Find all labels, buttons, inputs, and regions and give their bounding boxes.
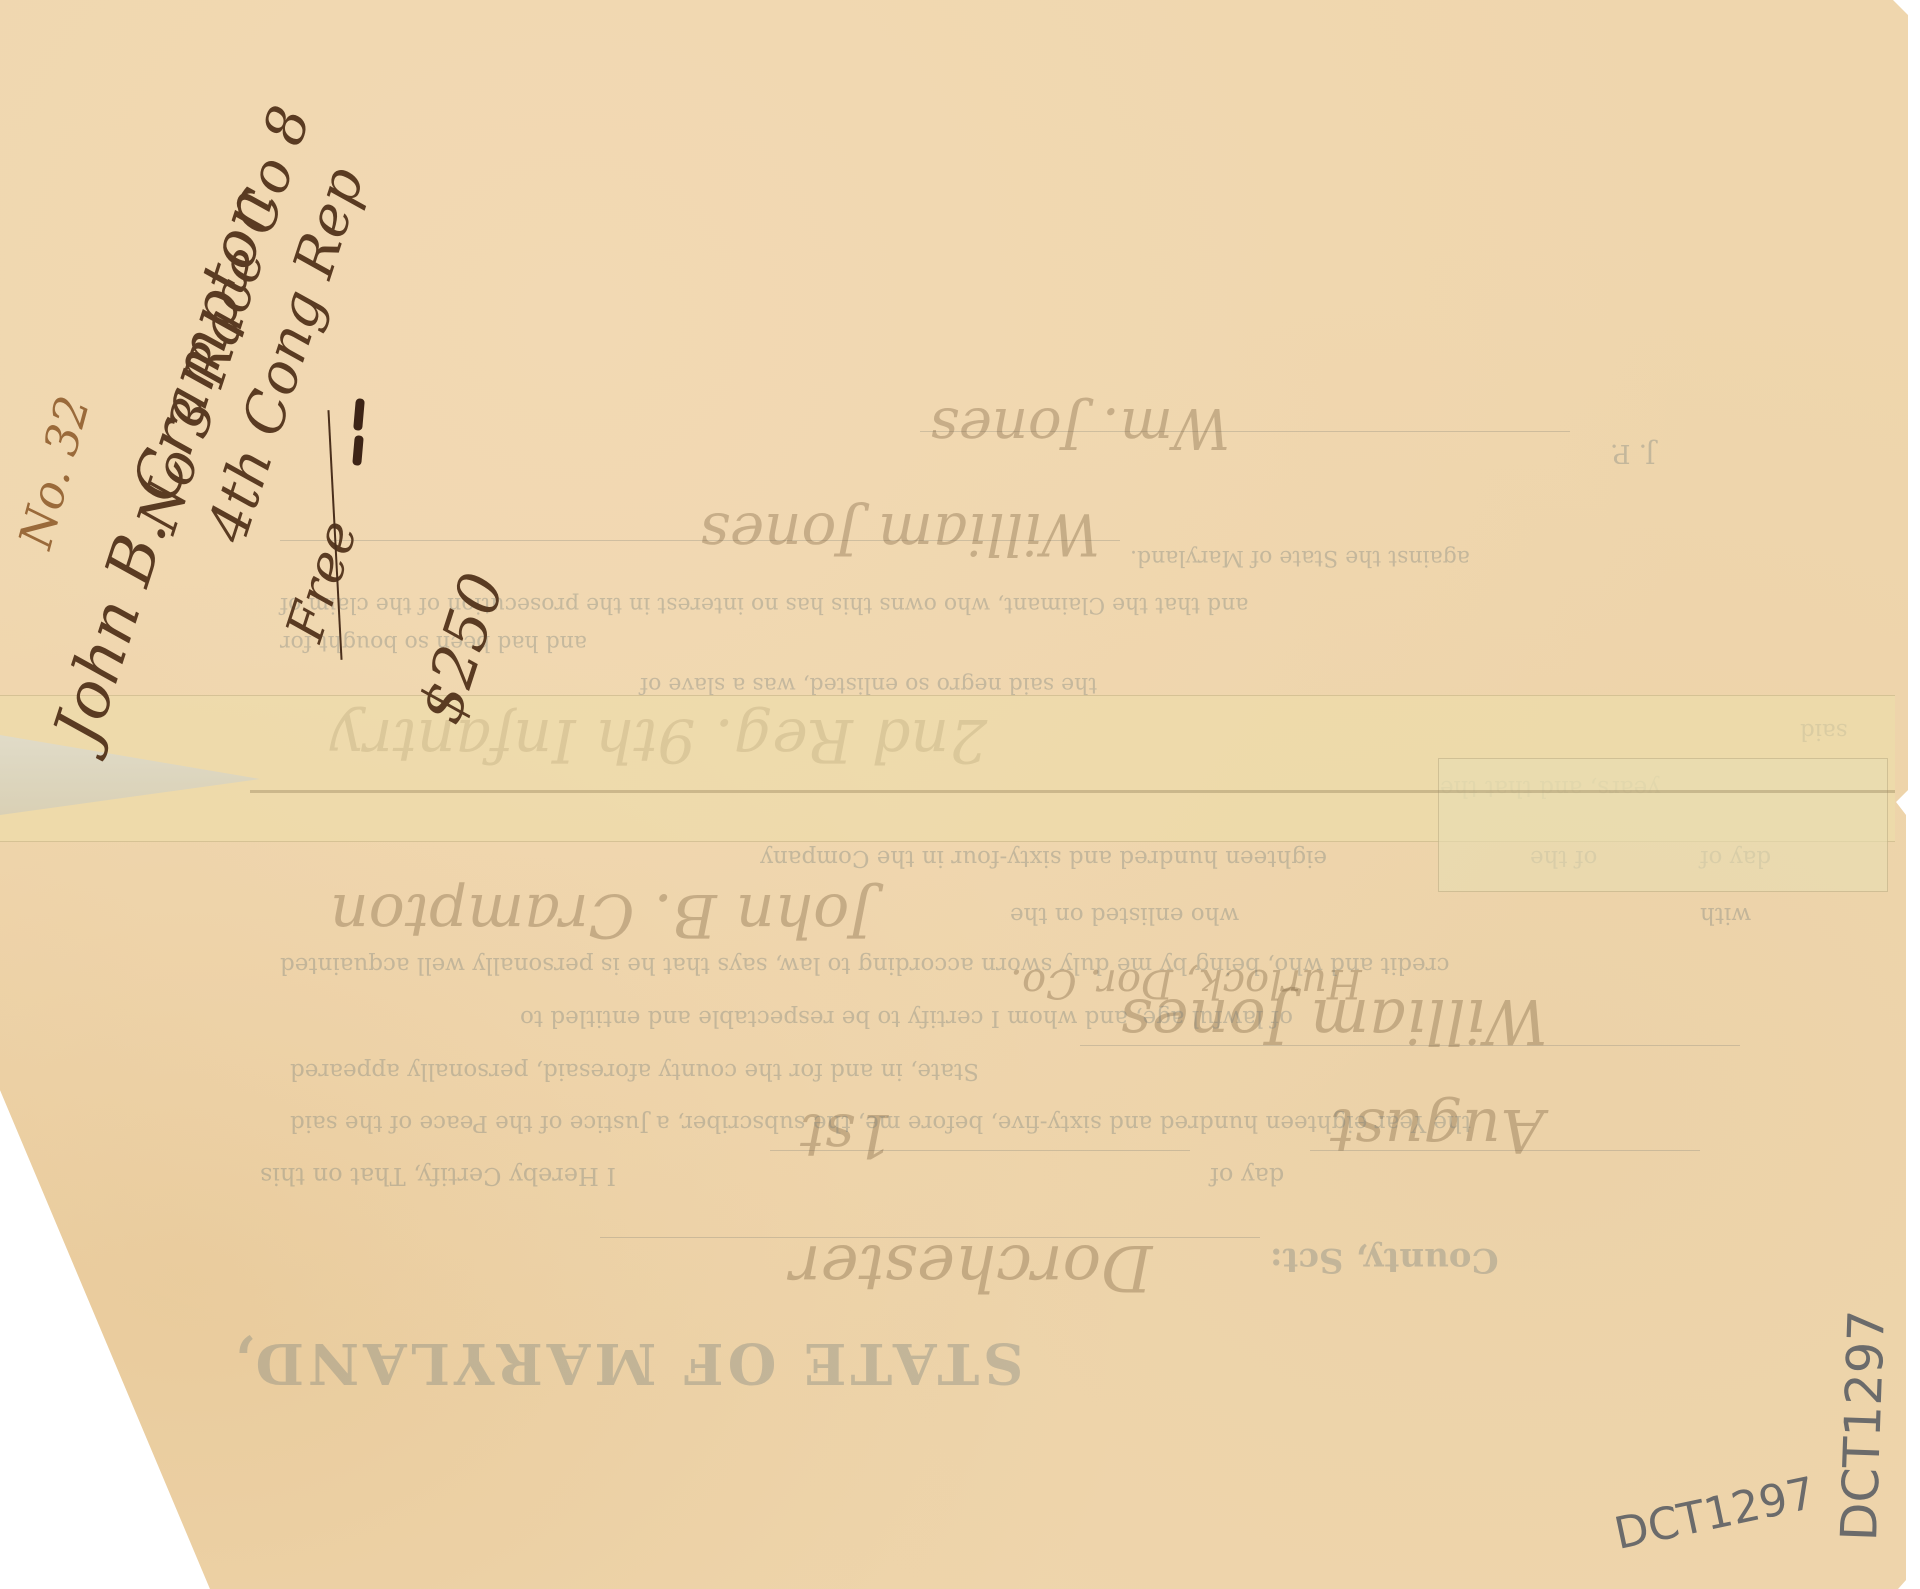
repair-tape-patch <box>1438 758 1888 892</box>
bleed-claimant: William Jones <box>700 500 1100 568</box>
bleed-signature: Wm. Jones <box>930 395 1230 460</box>
bleed-line-7-end: eighteen hundred and sixty-four in the C… <box>760 845 1327 871</box>
bleed-county-label: County, Sct: <box>1270 1240 1499 1280</box>
bleed-day-label: day of <box>1210 1162 1284 1190</box>
fold-crease <box>250 790 1895 793</box>
bleed-line-12: and that the Claimant, who owns this has… <box>280 592 1248 617</box>
bleed-line-5: credit and who, being by me duly sworn a… <box>280 952 1449 978</box>
bleed-line-6: with <box>1700 902 1751 928</box>
bleed-soldier: John B. Crampton <box>330 880 873 950</box>
bleed-line-3: State, in and for the county aforesaid, … <box>290 1058 979 1084</box>
bleed-county-value: Dorchester <box>790 1230 1152 1304</box>
bleed-heading: STATE OF MARYLAND, <box>230 1330 1024 1396</box>
bleed-line-1: I Hereby Certify, That on this <box>260 1162 616 1190</box>
bleed-line-13: against the State of Maryland. <box>1130 545 1470 570</box>
bleed-line-4: of lawful age, and whom I certify to be … <box>520 1005 1293 1031</box>
bleed-line-10: the said negro so enlisted, was a slave … <box>640 672 1097 697</box>
catalog-number-vertical: DCT1297 <box>1830 1309 1896 1542</box>
bleed-line-6-end: who enlisted on the <box>1010 902 1239 928</box>
bleed-jp-label: J. P. <box>1610 438 1655 468</box>
bleed-line-2: the Year eighteen hundred and sixty-five… <box>290 1110 1471 1136</box>
